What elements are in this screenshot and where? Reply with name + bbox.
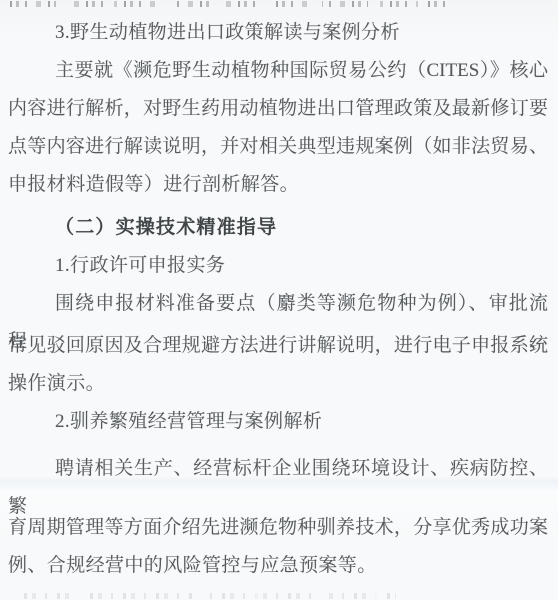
clipped-text-line-bottom: [24, 593, 396, 599]
text-line: 聘请相关生产、经营标杆企业围绕环境设计、疾病防控、繁: [8, 450, 548, 488]
text-line: 围绕申报材料准备要点（麝类等濒危物种为例）、审批流程、: [8, 285, 548, 323]
text-line: 例、合规经营中的风险管控与应急预案等。: [8, 547, 548, 585]
text-line: 育周期管理等方面介绍先进濒危物种驯养技术，分享优秀成功案: [8, 509, 548, 547]
text-line: 3.野生动植物进出口政策解读与案例分析: [8, 14, 548, 52]
text-line: 常见驳回原因及合理规避方法进行讲解说明，进行电子申报系统: [8, 327, 548, 365]
text-line: 内容进行解析，对野生药用动植物进出口管理政策及最新修订要: [8, 90, 548, 128]
section-heading-line: （二）实操技术精准指导: [8, 209, 548, 247]
text-line: 1.行政许可申报实务: [8, 247, 548, 285]
scanned-document-page: 3.野生动植物进出口政策解读与案例分析主要就《濒危野生动植物种国际贸易公约（CI…: [0, 0, 558, 600]
text-line: 主要就《濒危野生动植物种国际贸易公约（CITES）》核心: [8, 52, 548, 90]
text-line: 申报材料造假等）进行剖析解答。: [8, 166, 548, 204]
text-line: 2.驯养繁殖经营管理与案例解析: [8, 403, 548, 441]
text-line: 点等内容进行解读说明，并对相关典型违规案例（如非法贸易、: [8, 128, 548, 166]
text-line: 操作演示。: [8, 365, 548, 403]
document-body: 3.野生动植物进出口政策解读与案例分析主要就《濒危野生动植物种国际贸易公约（CI…: [0, 0, 558, 585]
